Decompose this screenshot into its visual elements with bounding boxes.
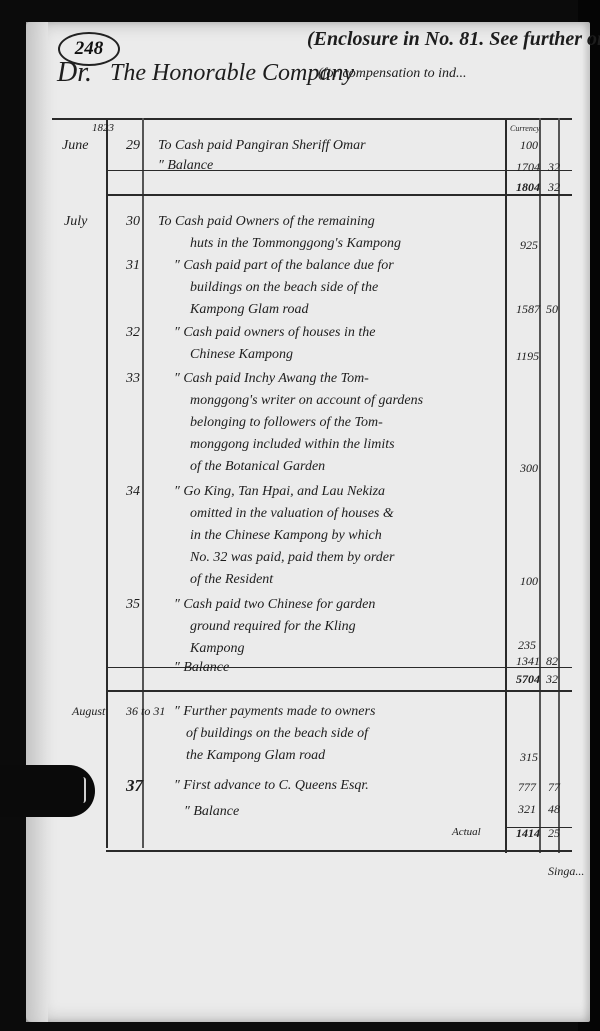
entry-number: 37 — [126, 776, 143, 796]
carried-amount: 1414 — [516, 826, 540, 841]
entry-number: 32 — [126, 325, 140, 341]
carried-label: Actual — [452, 826, 481, 838]
entry-text: ″ First advance to C. Queens Esqr. — [174, 778, 369, 794]
date-column-rule — [106, 118, 108, 848]
cents-column-rule — [539, 118, 541, 853]
amount: 100 — [520, 138, 538, 153]
cents: 50 — [546, 302, 558, 317]
cents: 82 — [546, 654, 558, 669]
month-august: August — [72, 704, 105, 719]
entry-text: of the Resident — [190, 572, 273, 588]
entry-text: of buildings on the beach side of — [186, 726, 368, 742]
entry-text: the Kampong Glam road — [186, 748, 325, 764]
currency-column-header: Currency — [510, 124, 540, 133]
entry-number: 31 — [126, 258, 140, 274]
extra-column-rule — [558, 118, 560, 853]
year-label: 1823 — [92, 122, 114, 134]
entry-text: omitted in the valuation of houses & — [190, 506, 394, 522]
entry-text: monggong included within the limits — [190, 437, 395, 453]
entry-text: ″ Go King, Tan Hpai, and Lau Nekiza — [174, 484, 385, 500]
july-end-rule — [106, 690, 572, 692]
ledger-page — [26, 22, 590, 1022]
amount: 315 — [520, 750, 538, 765]
cents: 48 — [548, 802, 560, 817]
number-column-rule — [142, 118, 144, 848]
amount-column-rule — [505, 118, 507, 853]
binding-strap — [0, 765, 95, 817]
amount: 925 — [520, 238, 538, 253]
header-rule — [52, 118, 572, 120]
entry-text: buildings on the beach side of the — [190, 280, 378, 296]
entry-text: ″ Cash paid two Chinese for garden — [174, 597, 375, 613]
entry-text: Kampong — [190, 641, 244, 657]
enclosure-annotation: (Enclosure in No. 81. See further on — [307, 28, 600, 51]
entry-text: monggong's writer on account of gardens — [190, 393, 423, 409]
footer-note: Singa... — [548, 864, 584, 879]
entry-text: ″ Balance — [184, 804, 239, 820]
amount: 235 — [518, 638, 536, 653]
amount: 1704 — [516, 160, 540, 175]
total-cents: 32 — [548, 180, 560, 195]
debit-marker: Dr. — [57, 57, 92, 89]
entry-number: 35 — [126, 597, 140, 613]
amount: 1341 — [516, 654, 540, 669]
entry-text: huts in the Tommonggong's Kampong — [190, 236, 401, 252]
entry-number: 33 — [126, 371, 140, 387]
june-end-rule — [106, 194, 572, 196]
entry-text: To Cash paid Owners of the remaining — [158, 214, 375, 230]
entry-text: ″ Cash paid owners of houses in the — [174, 325, 375, 341]
total-amount: 5704 — [516, 672, 540, 687]
month-july: July — [64, 214, 87, 230]
entry-text: of the Botanical Garden — [190, 459, 325, 475]
total-cents: 32 — [546, 672, 558, 687]
amount: 100 — [520, 574, 538, 589]
heading-continuation: (for compensation to ind... — [318, 66, 467, 82]
entry-number: 29 — [126, 138, 140, 154]
total-amount: 1804 — [516, 180, 540, 195]
entry-text: Kampong Glam road — [190, 302, 309, 318]
month-june: June — [62, 138, 88, 154]
entry-text: No. 32 was paid, paid them by order — [190, 550, 394, 566]
amount: 1195 — [516, 349, 539, 364]
entry-text: ″ Balance — [158, 158, 213, 174]
entry-text: ground required for the Kling — [190, 619, 356, 635]
amount: 300 — [520, 461, 538, 476]
amount: 777 — [518, 780, 536, 795]
carried-cents: 25 — [548, 826, 560, 841]
entry-number: 34 — [126, 484, 140, 500]
entry-text: Chinese Kampong — [190, 347, 293, 363]
entry-text: in the Chinese Kampong by which — [190, 528, 382, 544]
amount: 1587 — [516, 302, 540, 317]
entry-text: ″ Balance — [174, 660, 229, 676]
august-end-rule — [106, 850, 572, 852]
entry-text: ″ Cash paid Inchy Awang the Tom- — [174, 371, 369, 387]
entry-text: To Cash paid Pangiran Sheriff Omar — [158, 138, 366, 154]
amount: 321 — [518, 802, 536, 817]
cents: 32 — [548, 160, 560, 175]
cents: 77 — [548, 780, 560, 795]
entry-text: belonging to followers of the Tom- — [190, 415, 383, 431]
entry-text: ″ Cash paid part of the balance due for — [174, 258, 394, 274]
entry-text: ″ Further payments made to owners — [174, 704, 375, 720]
entry-number: 30 — [126, 214, 140, 230]
entry-number: 36 to 31 — [126, 704, 165, 719]
